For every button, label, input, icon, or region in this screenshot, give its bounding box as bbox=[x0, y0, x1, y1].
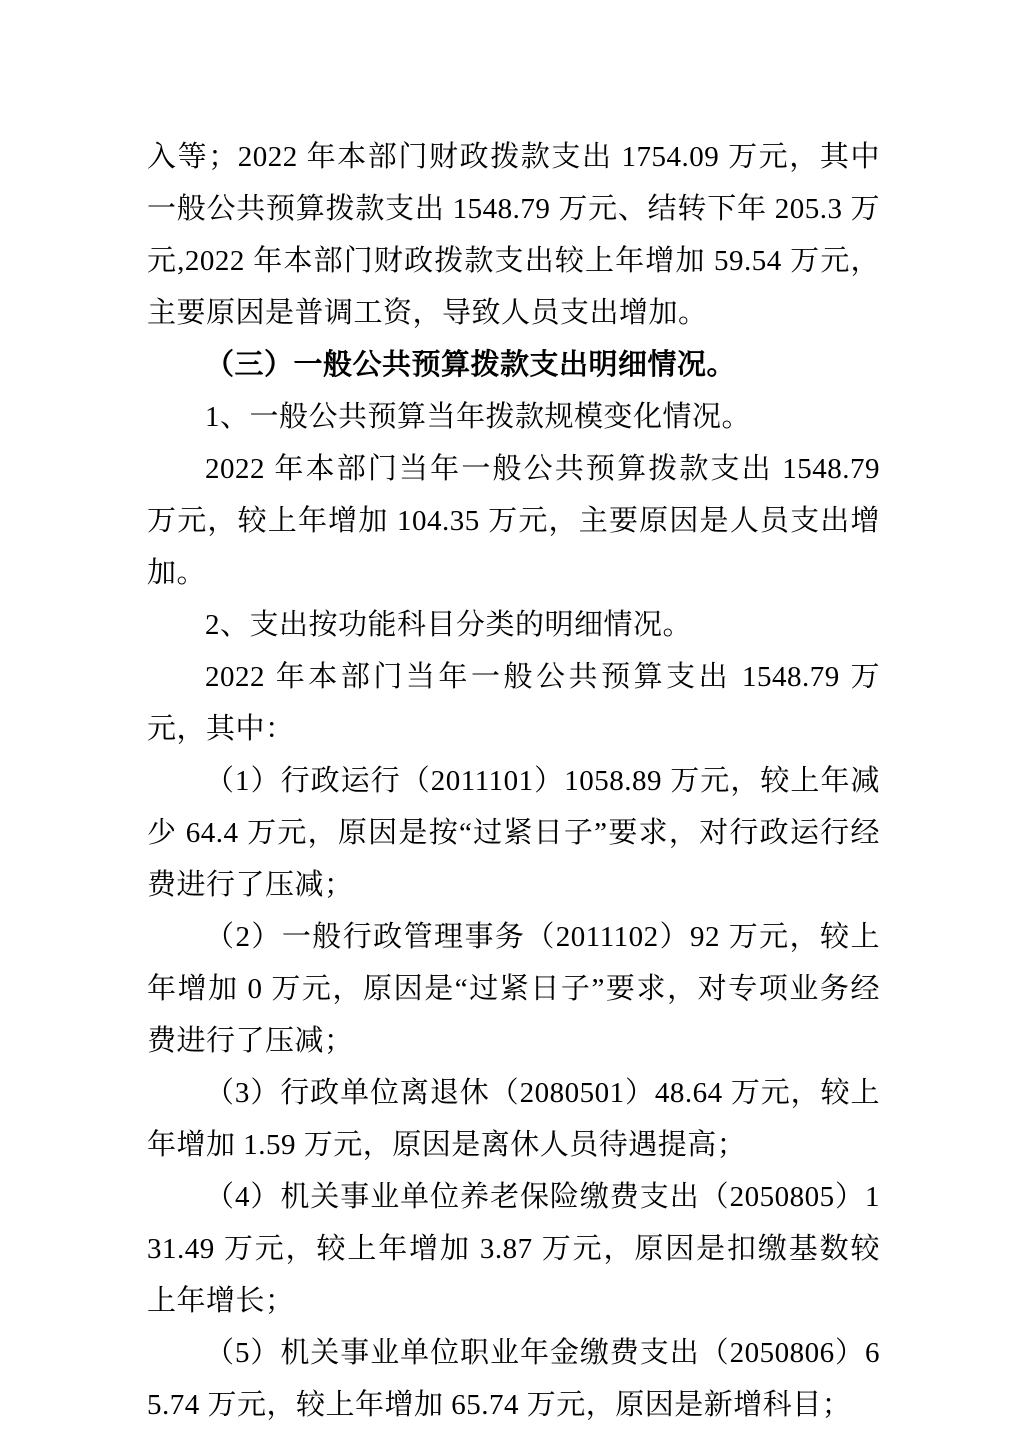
paragraph-subitem-5-occupational-annuity: （5）机关事业单位职业年金缴费支出（2050806）65.74 万元，较上年增加… bbox=[147, 1327, 880, 1431]
paragraph-subitem-1-administrative-operation: （1）行政运行（2011101）1058.89 万元，较上年减少 64.4 万元… bbox=[147, 755, 880, 911]
paragraph-fiscal-appropriation-summary-continued: 入等；2022 年本部门财政拨款支出 1754.09 万元，其中一般公共预算拨款… bbox=[147, 131, 880, 339]
paragraph-item-1-body: 2022 年本部门当年一般公共预算拨款支出 1548.79 万元，较上年增加 1… bbox=[147, 443, 880, 599]
paragraph-subitem-4-pension-insurance: （4）机关事业单位养老保险缴费支出（2050805）131.49 万元，较上年增… bbox=[147, 1171, 880, 1327]
paragraph-subitem-3-retirement: （3）行政单位离退休（2080501）48.64 万元，较上年增加 1.59 万… bbox=[147, 1067, 880, 1171]
paragraph-item-2-intro: 2022 年本部门当年一般公共预算支出 1548.79 万元，其中： bbox=[147, 651, 880, 755]
section-heading-3: （三）一般公共预算拨款支出明细情况。 bbox=[147, 339, 880, 391]
paragraph-item-1-heading: 1、一般公共预算当年拨款规模变化情况。 bbox=[147, 391, 880, 443]
paragraph-item-2-heading: 2、支出按功能科目分类的明细情况。 bbox=[147, 599, 880, 651]
paragraph-subitem-2-general-admin-affairs: （2）一般行政管理事务（2011102）92 万元，较上年增加 0 万元，原因是… bbox=[147, 911, 880, 1067]
document-page: 入等；2022 年本部门财政拨款支出 1754.09 万元，其中一般公共预算拨款… bbox=[0, 0, 1024, 1448]
